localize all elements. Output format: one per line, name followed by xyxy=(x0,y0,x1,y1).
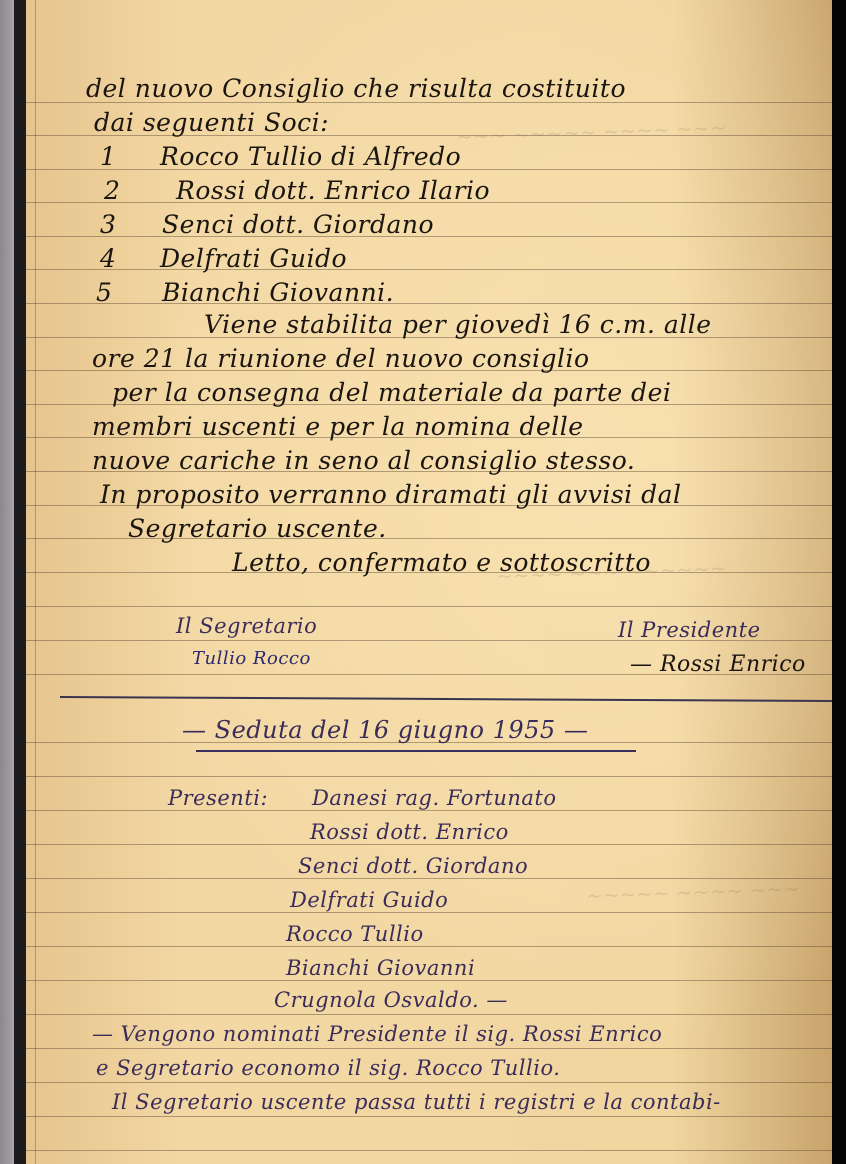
attendee: Rocco Tullio xyxy=(286,922,424,946)
rule-line xyxy=(26,1150,832,1151)
member-number: 3 xyxy=(100,210,116,239)
body-line: Segretario uscente. xyxy=(128,514,387,543)
member-number: 2 xyxy=(104,176,120,205)
member-number: 5 xyxy=(96,278,112,307)
president-label: Il Presidente xyxy=(618,618,761,642)
intro-line: del nuovo Consiglio che risulta costitui… xyxy=(86,74,626,103)
body-line: nuove cariche in seno al consiglio stess… xyxy=(92,446,635,475)
closing-formula: Letto, confermato e sottoscritto xyxy=(232,548,651,577)
rule-line xyxy=(26,606,832,607)
attendee: Bianchi Giovanni xyxy=(286,956,475,980)
body-line: per la consegna del materiale da parte d… xyxy=(112,378,671,407)
member-name: Delfrati Guido xyxy=(160,244,347,273)
rule-line xyxy=(26,1048,832,1049)
attendee: Crugnola Osvaldo. — xyxy=(274,988,508,1012)
intro-line: dai seguenti Soci: xyxy=(94,108,329,137)
margin-line xyxy=(35,0,36,1164)
member-name: Senci dott. Giordano xyxy=(162,210,434,239)
body-line: Viene stabilita per giovedì 16 c.m. alle xyxy=(204,310,712,339)
rule-line xyxy=(26,776,832,777)
rule-line xyxy=(26,303,832,304)
session-body-line: — Vengono nominati Presidente il sig. Ro… xyxy=(92,1022,662,1046)
body-line: ore 21 la riunione del nuovo consiglio xyxy=(92,344,590,373)
rule-line xyxy=(26,1014,832,1015)
member-name: Rossi dott. Enrico Ilario xyxy=(176,176,490,205)
rule-line xyxy=(26,980,832,981)
member-name: Bianchi Giovanni. xyxy=(162,278,394,307)
book-spine-shadow xyxy=(14,0,26,1164)
rule-line xyxy=(26,810,832,811)
rule-line xyxy=(26,946,832,947)
session-heading: — Seduta del 16 giugno 1955 — xyxy=(182,716,588,744)
session-body-line: Il Segretario uscente passa tutti i regi… xyxy=(112,1090,721,1114)
member-number: 4 xyxy=(100,244,116,273)
present-label: Presenti: xyxy=(168,786,268,810)
show-through-text: ~~~ ~~~~~ ~~~~ ~~~ xyxy=(456,115,727,148)
page-edge-shadow xyxy=(832,0,846,1164)
secretary-signature: Tullio Rocco xyxy=(192,648,311,669)
session-body-line: e Segretario economo il sig. Rocco Tulli… xyxy=(96,1056,560,1080)
rule-line xyxy=(26,269,832,270)
rule-line xyxy=(26,1116,832,1117)
member-name: Rocco Tullio di Alfredo xyxy=(160,142,461,171)
show-through-text: ~~~~~ ~~~~ ~~~ xyxy=(586,876,801,907)
president-signature: — Rossi Enrico xyxy=(630,652,806,677)
rule-line xyxy=(26,912,832,913)
attendee: Delfrati Guido xyxy=(290,888,448,912)
attendee: Danesi rag. Fortunato xyxy=(312,786,557,810)
rule-line xyxy=(26,1082,832,1083)
member-number: 1 xyxy=(100,142,116,171)
attendee: Rossi dott. Enrico xyxy=(310,820,509,844)
attendee: Senci dott. Giordano xyxy=(298,854,528,878)
rule-line xyxy=(26,844,832,845)
book-binding xyxy=(0,0,14,1164)
heading-underline xyxy=(196,750,636,752)
body-line: membri uscenti e per la nomina delle xyxy=(92,412,584,441)
secretary-label: Il Segretario xyxy=(176,614,317,638)
body-line: In proposito verranno diramati gli avvis… xyxy=(100,480,682,509)
